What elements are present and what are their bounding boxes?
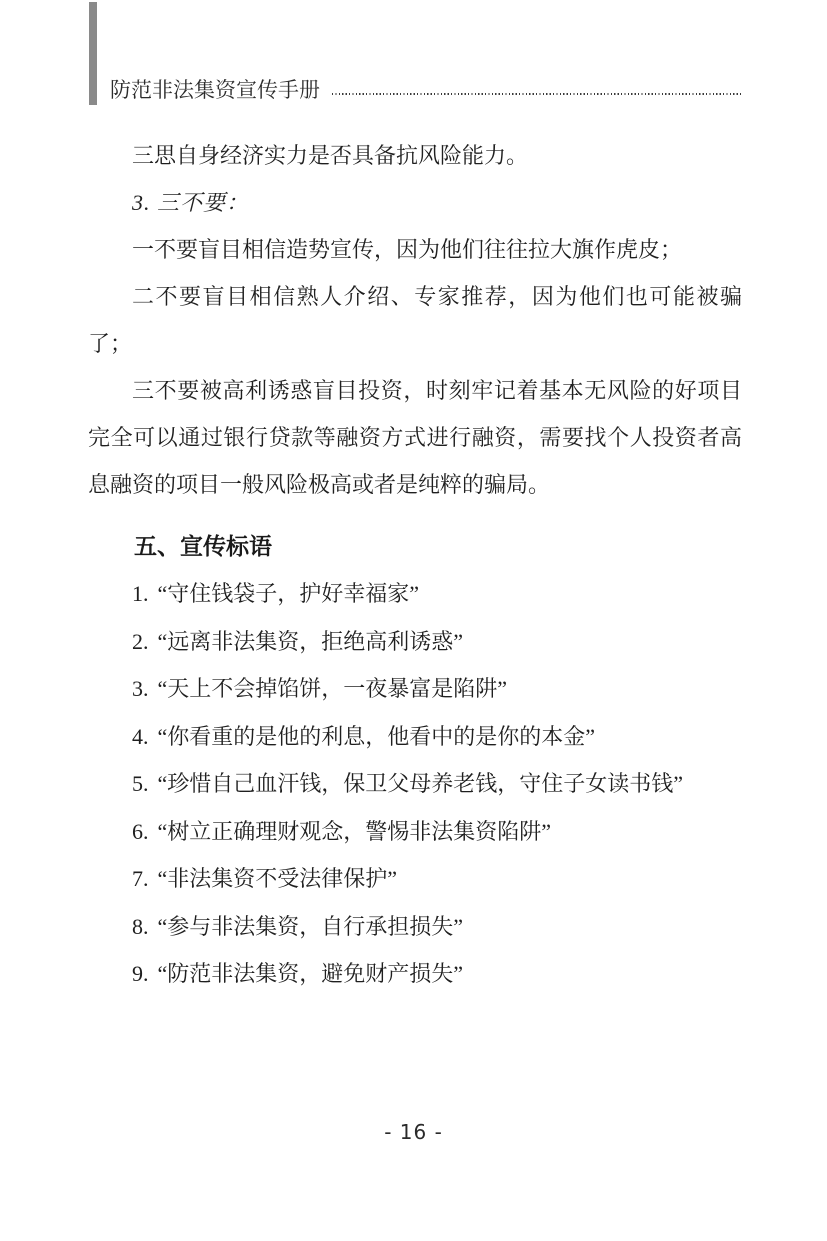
paragraph-three-donts-label: 3. 三不要： — [88, 179, 742, 226]
slogan-number: 3. — [132, 665, 149, 713]
section-heading-slogans: 五、宣传标语 — [88, 523, 742, 570]
slogan-text: “珍惜自己血汗钱，保卫父母养老钱，守住子女读书钱” — [158, 771, 684, 796]
document-page: 防范非法集资宣传手册 三思自身经济实力是否具备抗风险能力。 3. 三不要： 一不… — [0, 0, 827, 1241]
slogan-number: 4. — [132, 713, 149, 761]
slogan-text: “树立正确理财观念，警惕非法集资陷阱” — [158, 819, 552, 844]
slogan-number: 9. — [132, 950, 149, 998]
page-content: 三思自身经济实力是否具备抗风险能力。 3. 三不要： 一不要盲目相信造势宣传，因… — [88, 132, 742, 998]
slogan-text: “你看重的是他的利息，他看中的是你的本金” — [158, 724, 596, 749]
slogan-item: 6.“树立正确理财观念，警惕非法集资陷阱” — [88, 808, 742, 856]
slogan-item: 8.“参与非法集资，自行承担损失” — [88, 903, 742, 951]
paragraph-risk-capacity: 三思自身经济实力是否具备抗风险能力。 — [88, 132, 742, 179]
slogan-item: 4.“你看重的是他的利息，他看中的是你的本金” — [88, 713, 742, 761]
slogan-item: 1.“守住钱袋子，护好幸福家” — [88, 570, 742, 618]
header-accent-bar — [89, 2, 97, 105]
slogan-text: “守住钱袋子，护好幸福家” — [158, 581, 420, 606]
slogan-text: “非法集资不受法律保护” — [158, 866, 398, 891]
page-header: 防范非法集资宣传手册 — [89, 2, 742, 105]
slogan-text: “防范非法集资，避免财产损失” — [158, 961, 464, 986]
header-dotted-rule — [332, 93, 742, 95]
slogan-item: 5.“珍惜自己血汗钱，保卫父母养老钱，守住子女读书钱” — [88, 760, 742, 808]
slogan-item: 9.“防范非法集资，避免财产损失” — [88, 950, 742, 998]
slogan-number: 2. — [132, 618, 149, 666]
slogan-number: 5. — [132, 760, 149, 808]
page-footer: - 16 - — [0, 1120, 827, 1144]
slogan-number: 6. — [132, 808, 149, 856]
slogan-number: 7. — [132, 855, 149, 903]
paragraph-dont-1: 一不要盲目相信造势宣传，因为他们往往拉大旗作虎皮； — [88, 226, 742, 273]
slogan-text: “远离非法集资，拒绝高利诱惑” — [158, 629, 464, 654]
paragraph-dont-3: 三不要被高利诱惑盲目投资，时刻牢记着基本无风险的好项目完全可以通过银行贷款等融资… — [88, 367, 742, 508]
slogan-item: 2.“远离非法集资，拒绝高利诱惑” — [88, 618, 742, 666]
slogan-text: “参与非法集资，自行承担损失” — [158, 914, 464, 939]
slogan-number: 1. — [132, 570, 149, 618]
paragraph-dont-2: 二不要盲目相信熟人介绍、专家推荐，因为他们也可能被骗了； — [88, 273, 742, 367]
slogan-item: 3.“天上不会掉馅饼，一夜暴富是陷阱” — [88, 665, 742, 713]
slogan-text: “天上不会掉馅饼，一夜暴富是陷阱” — [158, 676, 508, 701]
slogan-number: 8. — [132, 903, 149, 951]
slogan-item: 7.“非法集资不受法律保护” — [88, 855, 742, 903]
slogan-list: 1.“守住钱袋子，护好幸福家” 2.“远离非法集资，拒绝高利诱惑” 3.“天上不… — [88, 570, 742, 998]
header-booklet-title: 防范非法集资宣传手册 — [110, 80, 320, 105]
page-number: - 16 - — [384, 1120, 443, 1144]
